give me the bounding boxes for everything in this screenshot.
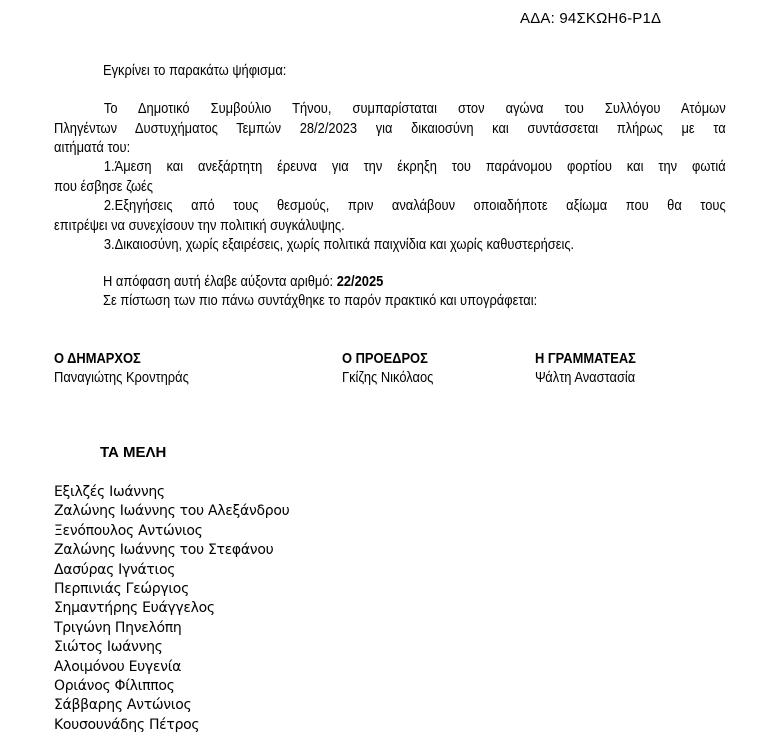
members-list: Εξιλζές ΙωάννηςΖαλώνης Ιωάννης του Αλεξά… xyxy=(54,483,289,735)
resolution-paragraph: Το Δημοτικό Συμβούλιο Τήνου, συμπαρίστατ… xyxy=(54,99,726,158)
signature-title: Η ΓΡΑΜΜΑΤΕΑΣ xyxy=(535,350,636,367)
member-name: Σιώτος Ιωάννης xyxy=(54,638,289,657)
member-name: Οριάνος Φίλιππος xyxy=(54,677,289,696)
members-title: ΤΑ ΜΕΛΗ xyxy=(100,444,166,461)
decision-label: Η απόφαση αυτή έλαβε αύξοντα αριθμό: xyxy=(103,273,337,290)
decision-number-line: Η απόφαση αυτή έλαβε αύξοντα αριθμό: 22/… xyxy=(103,272,429,291)
signature-title: Ο ΠΡΟΕΔΡΟΣ xyxy=(342,350,428,367)
paragraph-line: αιτήματά του: xyxy=(54,138,726,158)
paragraph-line: Το Δημοτικό Συμβούλιο Τήνου, συμπαρίστατ… xyxy=(54,99,726,119)
demand-1-line: που έσβησε ζωές xyxy=(54,177,726,197)
decision-number: 22/2025 xyxy=(337,273,384,290)
signature-name: Ψάλτη Αναστασία xyxy=(535,369,635,386)
signature-name: Γκίζης Νικόλαος xyxy=(342,369,433,386)
signature-title: Ο ΔΗΜΑΡΧΟΣ xyxy=(54,350,141,367)
member-name: Ζαλώνης Ιωάννης του Στεφάνου xyxy=(54,541,289,560)
ada-identifier: ΑΔΑ: 94ΣΚΩΗ6-Ρ1Δ xyxy=(520,10,661,27)
member-name: Δασύρας Ιγνάτιος xyxy=(54,561,289,580)
demand-3-line: 3.Δικαιοσύνη, χωρίς εξαιρέσεις, χωρίς πο… xyxy=(54,235,726,255)
paragraph-line: Πληγέντων Δυστυχήματος Τεμπών 28/2/2023 … xyxy=(54,119,726,139)
approval-intro: Εγκρίνει το παρακάτω ψήφισμα: xyxy=(103,61,316,80)
member-name: Αλοιμόνου Ευγενία xyxy=(54,658,289,677)
member-name: Κουσουνάδης Πέτρος xyxy=(54,716,289,735)
demand-1-line: 1.Άμεση και ανεξάρτητη έρευνα για την έκ… xyxy=(54,157,726,177)
member-name: Ξενόπουλος Αντώνιος xyxy=(54,522,289,541)
member-name: Εξιλζές Ιωάννης xyxy=(54,483,289,502)
signature-name: Παναγιώτης Κροντηράς xyxy=(54,369,189,386)
demand-2-line: 2.Εξηγήσεις από τους θεσμούς, πριν αναλά… xyxy=(54,196,726,216)
member-name: Περπινιάς Γεώργιος xyxy=(54,580,289,599)
demand-2-line: επιτρέψει να συνεχίσουν την πολιτική συγ… xyxy=(54,216,726,236)
member-name: Σάββαρης Αντώνιος xyxy=(54,696,289,715)
member-name: Ζαλώνης Ιωάννης του Αλεξάνδρου xyxy=(54,502,289,521)
demands-list: 1.Άμεση και ανεξάρτητη έρευνα για την έκ… xyxy=(54,157,726,255)
member-name: Τριγώνη Πηνελόπη xyxy=(54,619,289,638)
closing-statement: Σε πίστωση των πιο πάνω συντάχθηκε το πα… xyxy=(103,291,608,310)
member-name: Σημαντήρης Ευάγγελος xyxy=(54,599,289,618)
